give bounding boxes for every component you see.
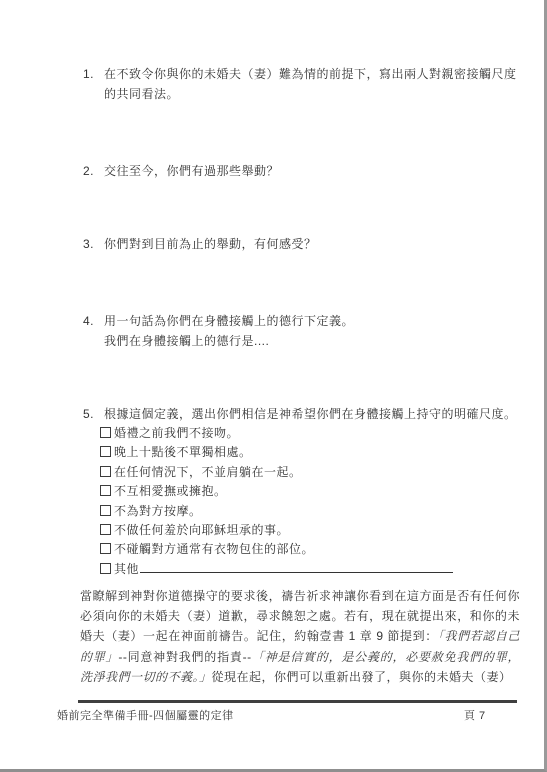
checkbox-label: 婚禮之前我們不接吻。: [114, 426, 239, 440]
page-number: 頁 7: [464, 707, 486, 723]
checkbox-icon[interactable]: [100, 563, 111, 574]
paragraph-text: --同意神對我們的指責--: [118, 650, 251, 664]
question-text: 用一句話為你們在身體接觸上的德行下定義。 我們在身體接觸上的德行是....: [104, 311, 524, 351]
footer-divider: [78, 700, 517, 703]
question-text: 根據這個定義，選出你們相信是神希望你們在身體接觸上持守的明確尺度。: [104, 404, 524, 424]
checkbox-option-other[interactable]: 其他: [100, 560, 520, 579]
checkbox-option[interactable]: 晚上十點後不單獨相處。: [100, 443, 520, 462]
fill-in-prompt: 我們在身體接觸上的德行是....: [104, 334, 269, 348]
checkbox-option[interactable]: 在任何情況下，不並肩躺在一起。: [100, 463, 520, 482]
checkbox-icon[interactable]: [100, 427, 111, 438]
question-number: 3.: [83, 234, 104, 254]
checkbox-label: 不互相愛撫或擁抱。: [114, 484, 227, 498]
checkbox-option-list: 婚禮之前我們不接吻。 晚上十點後不單獨相處。 在任何情況下，不並肩躺在一起。 不…: [100, 424, 520, 579]
question-text: 交往至今，你們有過那些舉動？: [104, 161, 524, 181]
checkbox-option[interactable]: 不做任何羞於向耶穌坦承的事。: [100, 521, 520, 540]
checkbox-option[interactable]: 婚禮之前我們不接吻。: [100, 424, 520, 443]
question-item-3: 3. 你們對到目前為止的舉動，有何感受？: [83, 234, 524, 254]
question-number: 4.: [83, 311, 104, 351]
document-page: 1. 在不致令你與你的未婚夫（妻）難為情的前提下，寫出兩人對親密接觸尺度的共同看…: [0, 0, 547, 772]
checkbox-option[interactable]: 不為對方按摩。: [100, 502, 520, 521]
question-item-5: 5. 根據這個定義，選出你們相信是神希望你們在身體接觸上持守的明確尺度。: [83, 404, 524, 424]
checkbox-label: 其他: [114, 562, 139, 576]
question-item-2: 2. 交往至今，你們有過那些舉動？: [83, 161, 524, 181]
checkbox-icon[interactable]: [100, 485, 111, 496]
checkbox-icon[interactable]: [100, 505, 111, 516]
checkbox-label: 不為對方按摩。: [114, 504, 202, 518]
checkbox-label: 在任何情況下，不並肩躺在一起。: [114, 465, 302, 479]
question-number: 2.: [83, 161, 104, 181]
checkbox-icon[interactable]: [100, 524, 111, 535]
checkbox-icon[interactable]: [100, 543, 111, 554]
checkbox-label: 晚上十點後不單獨相處。: [114, 445, 252, 459]
checkbox-icon[interactable]: [100, 446, 111, 457]
question-number: 5.: [83, 404, 104, 424]
closing-paragraph: 當瞭解到神對你道德操守的要求後，禱告祈求神讓你看到在這方面是否有任何你必須向你的…: [80, 586, 520, 687]
page-footer: 婚前完全準備手冊-四個屬靈的定律 頁 7: [0, 707, 544, 723]
question-number: 1.: [83, 64, 104, 104]
question-text-line1: 用一句話為你們在身體接觸上的德行下定義。: [104, 314, 354, 328]
checkbox-option[interactable]: 不互相愛撫或擁抱。: [100, 482, 520, 501]
checkbox-option[interactable]: 不碰觸對方通常有衣物包住的部位。: [100, 540, 520, 559]
other-fill-in-blank[interactable]: [140, 560, 453, 573]
checkbox-label: 不做任何羞於向耶穌坦承的事。: [114, 523, 289, 537]
paragraph-text: 從現在起，你們可以重新出發了，與你的未婚夫（妻）: [212, 670, 512, 684]
checkbox-label: 不碰觸對方通常有衣物包住的部位。: [114, 542, 314, 556]
question-item-1: 1. 在不致令你與你的未婚夫（妻）難為情的前提下，寫出兩人對親密接觸尺度的共同看…: [83, 64, 524, 104]
question-item-4: 4. 用一句話為你們在身體接觸上的德行下定義。 我們在身體接觸上的德行是....: [83, 311, 524, 351]
footer-document-title: 婚前完全準備手冊-四個屬靈的定律: [57, 707, 234, 723]
question-text: 在不致令你與你的未婚夫（妻）難為情的前提下，寫出兩人對親密接觸尺度的共同看法。: [104, 64, 524, 104]
checkbox-icon[interactable]: [100, 466, 111, 477]
question-text: 你們對到目前為止的舉動，有何感受？: [104, 234, 524, 254]
